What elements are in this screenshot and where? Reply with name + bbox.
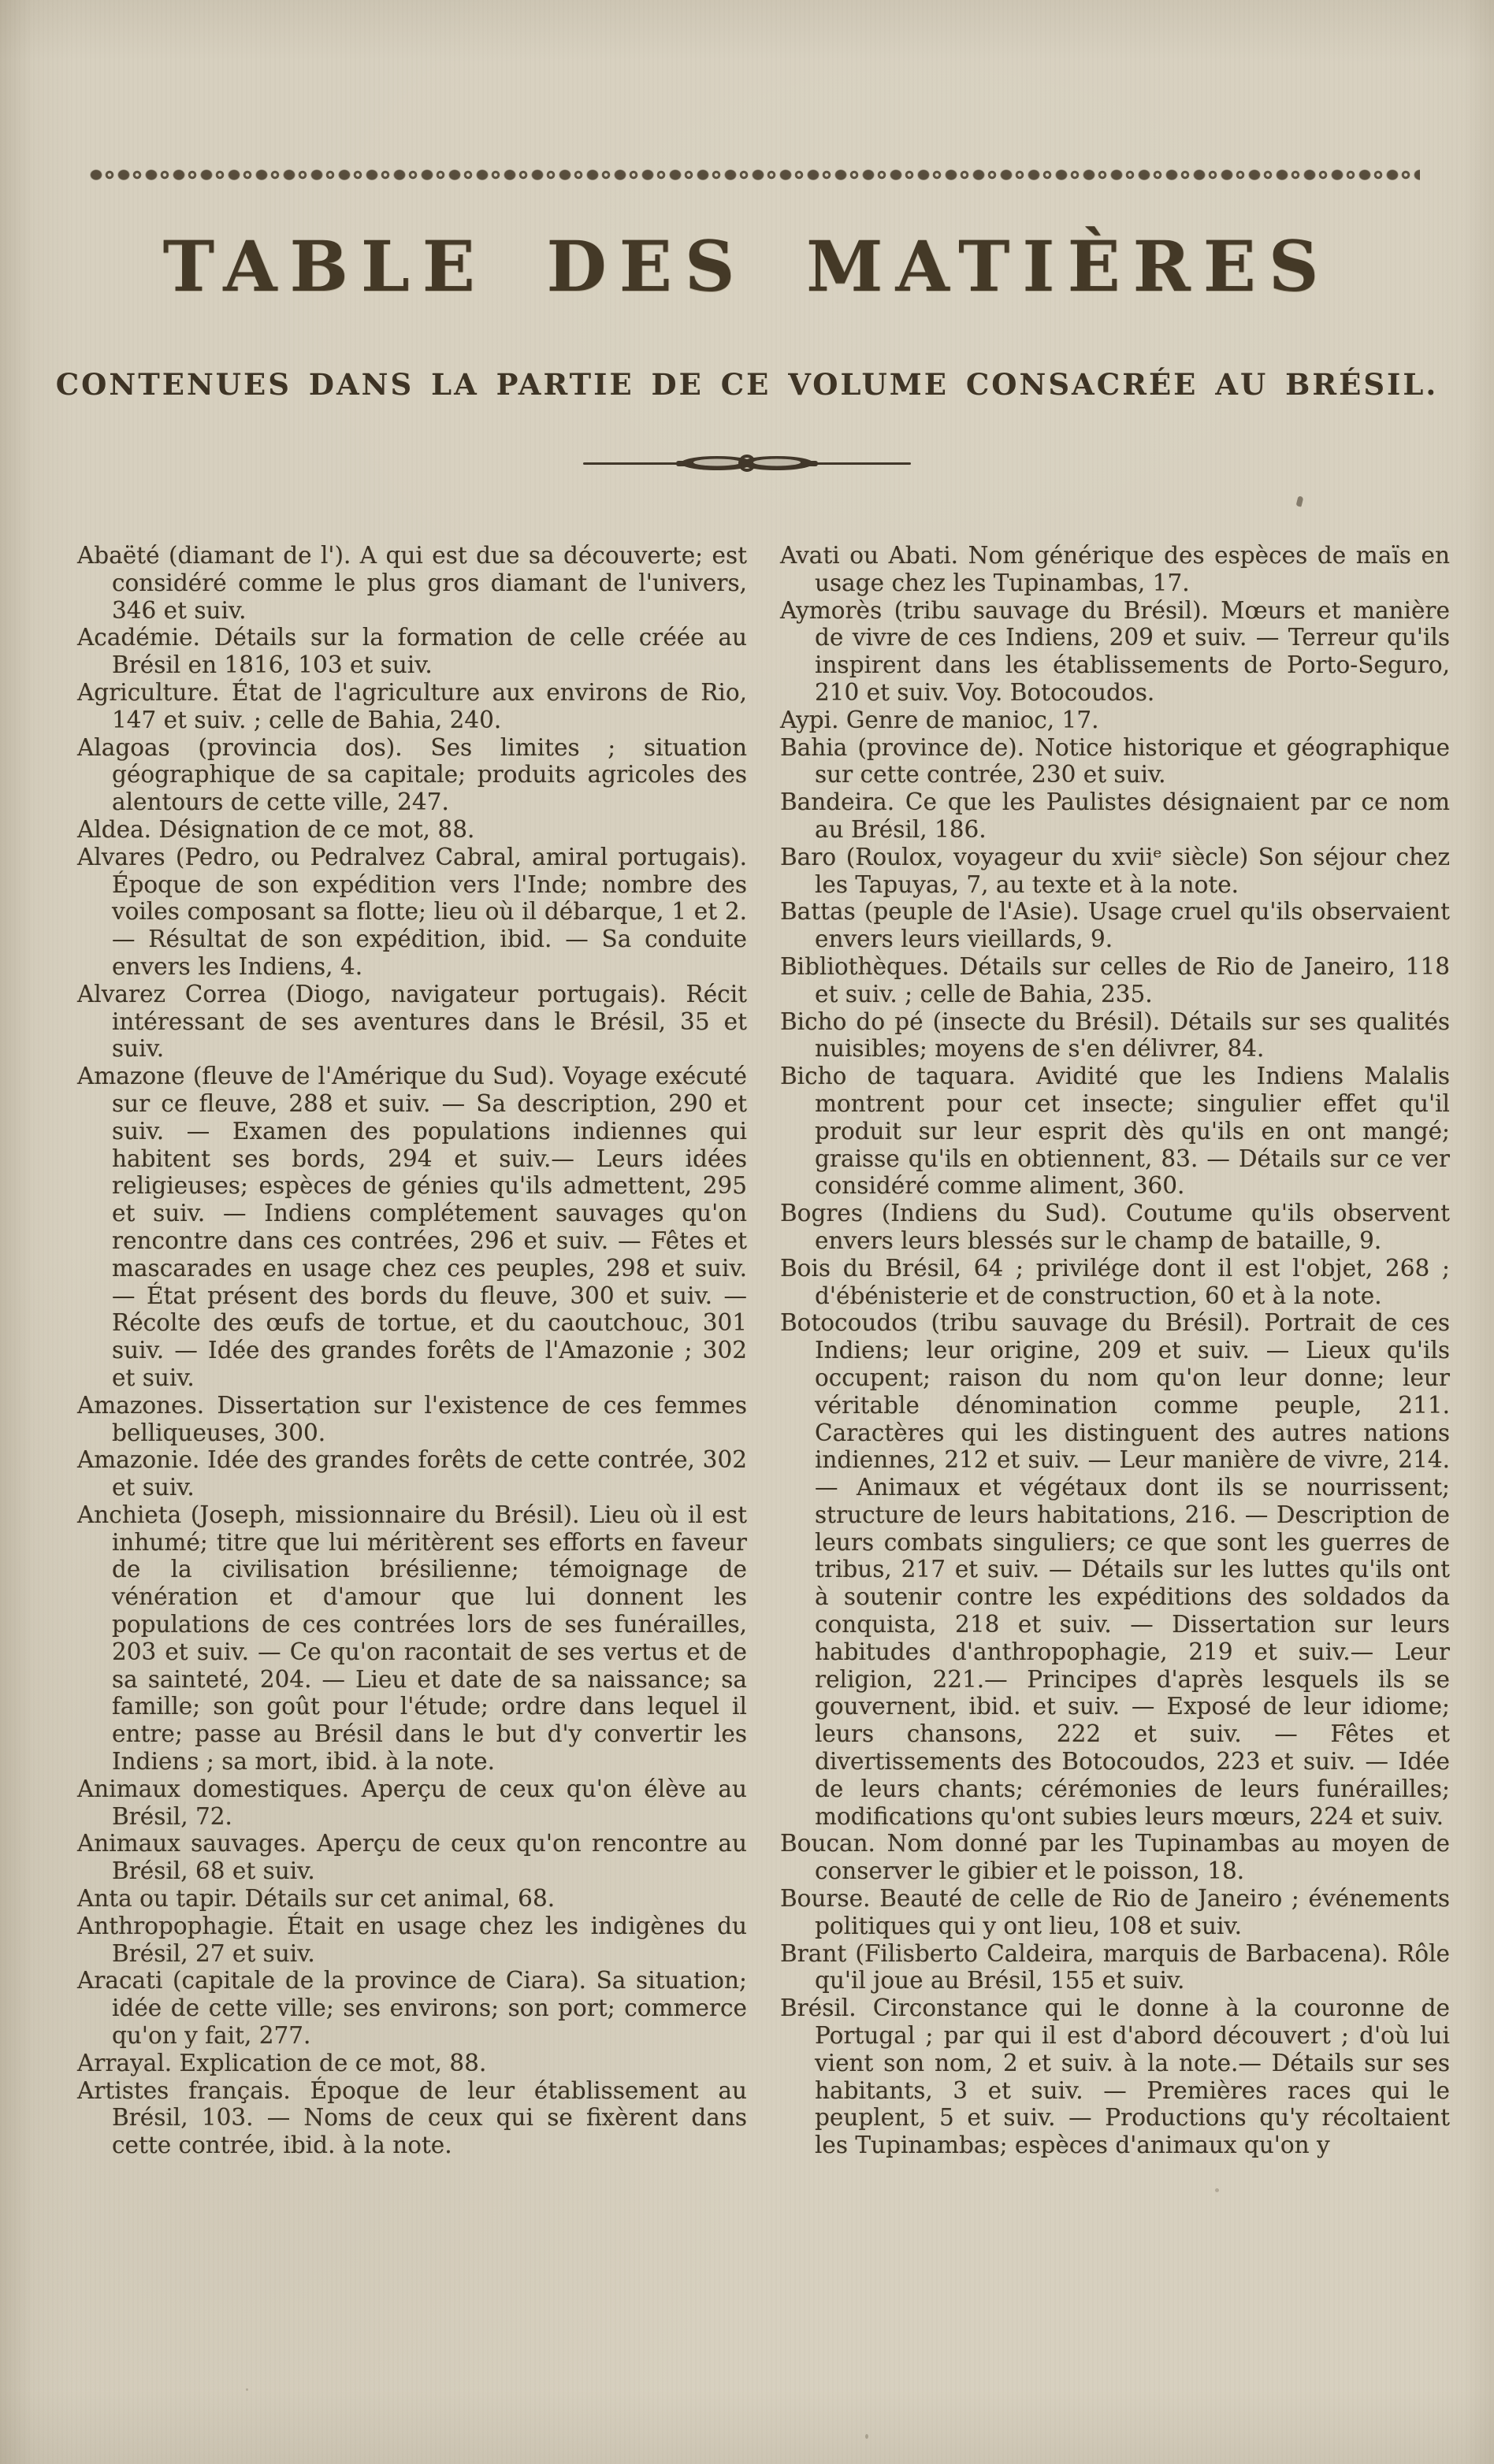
index-entry: Bourse. Beauté de celle de Rio de Janeir… — [780, 1885, 1450, 1940]
index-entry: Animaux sauvages. Aperçu de ceux qu'on r… — [77, 1830, 747, 1885]
ink-speck — [1215, 2188, 1219, 2192]
index-entry: Aracati (capitale de la province de Ciar… — [77, 1967, 747, 2049]
index-entry: Aldea. Désignation de ce mot, 88. — [77, 816, 747, 844]
index-entry: Brant (Filisberto Caldeira, marquis de B… — [780, 1940, 1450, 1995]
index-entry: Arrayal. Explication de ce mot, 88. — [77, 2050, 747, 2077]
ink-speck — [1296, 495, 1304, 507]
index-entry: Bandeira. Ce que les Paulistes désignaie… — [780, 789, 1450, 844]
book-page-scan: TABLE DES MATIÈRES CONTENUES DANS LA PAR… — [0, 0, 1494, 2464]
index-entry: Anta ou tapir. Détails sur cet animal, 6… — [77, 1885, 747, 1913]
index-entry: Battas (peuple de l'Asie). Usage cruel q… — [780, 898, 1450, 953]
index-entry: Avati ou Abati. Nom générique des espèce… — [780, 542, 1450, 597]
index-entry: Animaux domestiques. Aperçu de ceux qu'o… — [77, 1776, 747, 1831]
index-entry: Aypi. Genre de manioc, 17. — [780, 707, 1450, 734]
index-entry: Alvares (Pedro, ou Pedralvez Cabral, ami… — [77, 844, 747, 981]
index-entry: Alvarez Correa (Diogo, navigateur portug… — [77, 981, 747, 1063]
ink-speck — [865, 2434, 868, 2439]
index-entry: Artistes français. Époque de leur établi… — [77, 2077, 747, 2159]
index-column-right: Avati ou Abati. Nom générique des espèce… — [780, 542, 1450, 2159]
index-entry: Bicho do pé (insecte du Brésil). Détails… — [780, 1008, 1450, 1063]
index-entry: Bibliothèques. Détails sur celles de Rio… — [780, 953, 1450, 1008]
index-entry: Académie. Détails sur la formation de ce… — [77, 624, 747, 679]
index-entry: Agriculture. État de l'agriculture aux e… — [77, 679, 747, 734]
ink-speck — [246, 2388, 248, 2391]
index-entry: Bicho de taquara. Avidité que les Indien… — [780, 1063, 1450, 1200]
index-entry: Bois du Brésil, 64 ; privilége dont il e… — [780, 1255, 1450, 1310]
index-entry: Bogres (Indiens du Sud). Coutume qu'ils … — [780, 1200, 1450, 1255]
page-title: TABLE DES MATIÈRES — [0, 225, 1494, 307]
index-entry: Aymorès (tribu sauvage du Brésil). Mœurs… — [780, 597, 1450, 707]
index-entry: Baro (Roulox, voyageur du xviiᵉ siècle) … — [780, 844, 1450, 899]
index-entry: Anchieta (Joseph, missionnaire du Brésil… — [77, 1501, 747, 1776]
index-entry: Boucan. Nom donné par les Tupinambas au … — [780, 1830, 1450, 1885]
index-entry: Botocoudos (tribu sauvage du Brésil). Po… — [780, 1309, 1450, 1830]
index-entry: Bahia (province de). Notice historique e… — [780, 734, 1450, 789]
index-entry: Alagoas (provincia dos). Ses limites ; s… — [77, 734, 747, 816]
ink-speck — [307, 1413, 310, 1416]
index-column-left: Abaëté (diamant de l'). A qui est due sa… — [77, 542, 747, 2159]
index-columns: Abaëté (diamant de l'). A qui est due sa… — [77, 542, 1450, 2159]
index-entry: Amazone (fleuve de l'Amérique du Sud). V… — [77, 1063, 747, 1392]
index-entry: Abaëté (diamant de l'). A qui est due sa… — [77, 542, 747, 624]
page-subtitle: CONTENUES DANS LA PARTIE DE CE VOLUME CO… — [0, 367, 1494, 402]
index-entry: Anthropophagie. Était en usage chez les … — [77, 1913, 747, 1968]
bead-chain-ornament — [88, 161, 1420, 189]
index-entry: Amazones. Dissertation sur l'existence d… — [77, 1392, 747, 1447]
index-entry: Amazonie. Idée des grandes forêts de cet… — [77, 1446, 747, 1501]
divider-ornament — [582, 447, 912, 479]
index-entry: Brésil. Circonstance qui le donne à la c… — [780, 1995, 1450, 2159]
